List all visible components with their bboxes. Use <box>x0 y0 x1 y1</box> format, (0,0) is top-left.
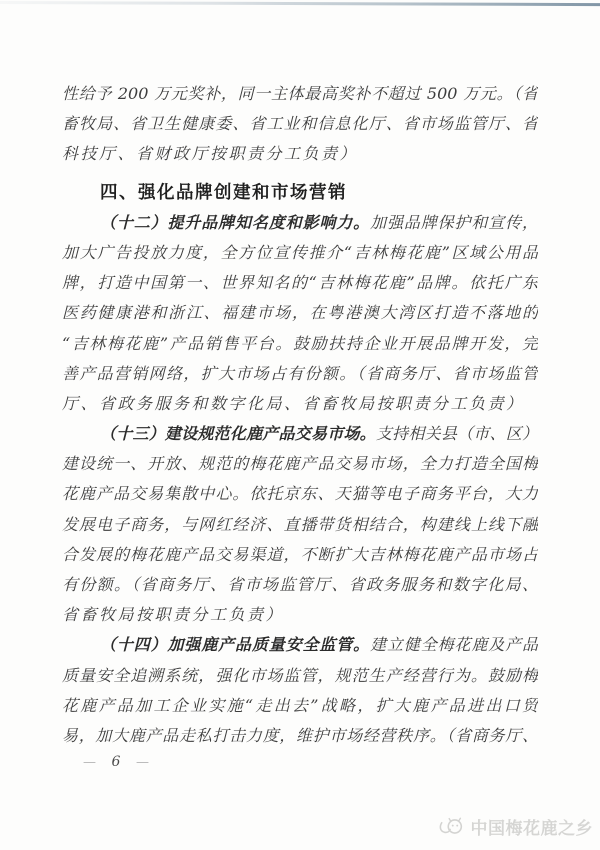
text-segment: 医药健康港和浙江、福建市场，在粤港澳大湾区打造不落地的 <box>62 303 538 322</box>
page-number-dash-left: — <box>83 755 96 770</box>
document-line: 医药健康港和浙江、福建市场，在粤港澳大湾区打造不落地的 <box>62 298 538 328</box>
text-segment: 有份额。（省商务厅、省市场监管厅、省政务服务和数字化局、 <box>62 575 538 594</box>
text-segment: 厅、省政务服务和数字化局、省畜牧局按职责分工负责） <box>62 394 525 413</box>
deer-logo-icon <box>438 816 466 837</box>
document-line: （十三）建设规范化鹿产品交易市场。支持相关县（市、区） <box>62 419 538 449</box>
document-line: 厅、省政务服务和数字化局、省畜牧局按职责分工负责） <box>62 389 538 419</box>
text-segment: 建设统一、开放、规范的梅花鹿产品交易市场，全力打造全国梅 <box>62 454 538 473</box>
text-segment: 牌，打造中国第一、世界知名的“吉林梅花鹿”品牌。依托广东 <box>62 273 538 292</box>
document-line: 发展电子商务，与网红经济、直播带货相结合，构建线上线下融 <box>62 510 538 540</box>
document-line: 牌，打造中国第一、世界知名的“吉林梅花鹿”品牌。依托广东 <box>62 268 538 298</box>
text-segment: （十二）提升品牌知名度和影响力。 <box>100 213 370 232</box>
document-line: 花鹿产品交易集散中心。依托京东、天猫等电子商务平台，大力 <box>62 479 538 509</box>
page-number-dash-right: — <box>136 755 149 770</box>
document-line: 易，加大鹿产品走私打击力度，维护市场经营秩序。（省商务厅、 <box>62 721 538 751</box>
document-line: 建设统一、开放、规范的梅花鹿产品交易市场，全力打造全国梅 <box>62 449 538 479</box>
document-line: 有份额。（省商务厅、省市场监管厅、省政务服务和数字化局、 <box>62 570 538 600</box>
document-line: 合发展的梅花鹿产品交易渠道，不断扩大吉林梅花鹿产品市场占 <box>62 540 538 570</box>
text-segment: 省畜牧局按职责分工负责） <box>62 605 284 624</box>
document-line: 性给予 200 万元奖补，同一主体最高奖补不超过 500 万元。（省 <box>62 79 538 109</box>
text-segment: 发展电子商务，与网红经济、直播带货相结合，构建线上线下融 <box>62 515 538 534</box>
text-segment: 合发展的梅花鹿产品交易渠道，不断扩大吉林梅花鹿产品市场占 <box>62 545 538 564</box>
section-heading: 四、强化品牌创建和市场营销 <box>62 178 538 208</box>
document-line: 质量安全追溯系统，强化市场监管，规范生产经营行为。鼓励梅 <box>62 661 538 691</box>
page-number: — 6 — <box>83 750 149 774</box>
text-segment: 建立健全梅花鹿及产品 <box>370 635 538 654</box>
text-segment: 加大广告投放力度，全方位宣传推介“吉林梅花鹿”区域公用品 <box>62 243 538 262</box>
text-segment: 畜牧局、省卫生健康委、省工业和信息化厅、省市场监管厅、省 <box>62 114 538 133</box>
text-segment: （十四）加强鹿产品质量安全监管。 <box>100 635 370 654</box>
text-segment: 易，加大鹿产品走私打击力度，维护市场经营秩序。（省商务厅、 <box>62 726 538 745</box>
document-line: 花鹿产品加工企业实施“走出去”战略，扩大鹿产品进出口贸 <box>62 691 538 721</box>
document-line: （十二）提升品牌知名度和影响力。加强品牌保护和宣传， <box>62 208 538 238</box>
text-segment: 花鹿产品交易集散中心。依托京东、天猫等电子商务平台，大力 <box>62 484 538 503</box>
text-segment: 四、强化品牌创建和市场营销 <box>100 183 347 203</box>
document-line: 科技厅、省财政厅按职责分工负责） <box>62 139 538 169</box>
text-segment: 支持相关县（市、区） <box>376 424 538 443</box>
document-line: 加大广告投放力度，全方位宣传推介“吉林梅花鹿”区域公用品 <box>62 238 538 268</box>
document-line: “吉林梅花鹿”产品销售平台。鼓励扶持企业开展品牌开发，完 <box>62 329 538 359</box>
text-segment: 科技厅、省财政厅按职责分工负责） <box>62 144 358 163</box>
text-segment: 加强品牌保护和宣传， <box>370 213 538 232</box>
document-line: 省畜牧局按职责分工负责） <box>62 600 538 630</box>
text-segment: “吉林梅花鹿”产品销售平台。鼓励扶持企业开展品牌开发，完 <box>62 334 538 353</box>
text-segment: 花鹿产品加工企业实施“走出去”战略，扩大鹿产品进出口贸 <box>62 696 538 715</box>
text-segment: 善产品营销网络，扩大市场占有份额。（省商务厅、省市场监管 <box>62 364 538 383</box>
text-segment: （十三）建设规范化鹿产品交易市场。 <box>100 424 376 443</box>
text-segment: 性给予 200 万元奖补，同一主体最高奖补不超过 500 万元。（省 <box>62 84 538 103</box>
document-line: 善产品营销网络，扩大市场占有份额。（省商务厅、省市场监管 <box>62 359 538 389</box>
watermark-text: 中国梅花鹿之乡 <box>471 814 594 839</box>
text-segment: 质量安全追溯系统，强化市场监管，规范生产经营行为。鼓励梅 <box>62 666 538 685</box>
document-lines: 性给予 200 万元奖补，同一主体最高奖补不超过 500 万元。（省畜牧局、省卫… <box>62 79 538 751</box>
document-page: 性给予 200 万元奖补，同一主体最高奖补不超过 500 万元。（省畜牧局、省卫… <box>0 0 600 850</box>
scan-edge-artifact <box>0 1 600 6</box>
page-number-value: 6 <box>112 754 121 770</box>
document-line: 畜牧局、省卫生健康委、省工业和信息化厅、省市场监管厅、省 <box>62 109 538 139</box>
document-line: （十四）加强鹿产品质量安全监管。建立健全梅花鹿及产品 <box>62 630 538 660</box>
watermark: 中国梅花鹿之乡 <box>438 813 594 839</box>
